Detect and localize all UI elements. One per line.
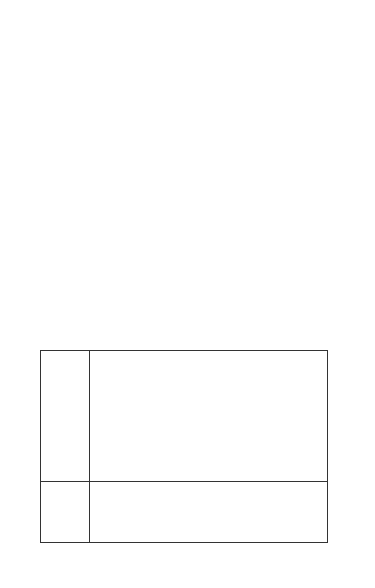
colophon-row-distributor bbox=[41, 451, 327, 463]
colophon-row-address bbox=[41, 395, 327, 407]
colophon-row-phone bbox=[41, 437, 327, 449]
colophon-row-publisher bbox=[41, 381, 327, 393]
colophon-row-email bbox=[41, 423, 327, 435]
colophon-row-author bbox=[41, 367, 327, 379]
colophon-row-website bbox=[41, 409, 327, 421]
colophon-table bbox=[40, 350, 328, 543]
cip-data-block bbox=[80, 242, 330, 252]
colophon-row-title bbox=[41, 354, 327, 366]
